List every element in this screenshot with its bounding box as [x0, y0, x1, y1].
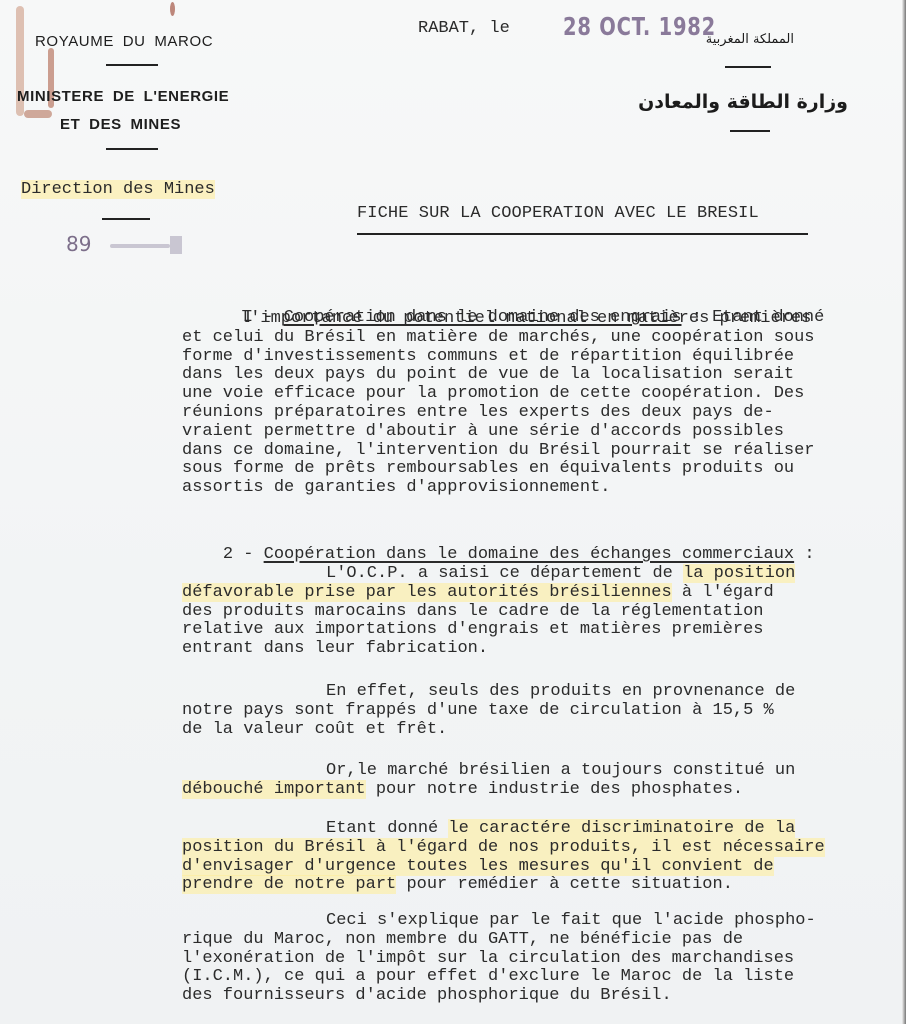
- ministry-label-line1: MINISTERE DE L'ENERGIE: [17, 88, 229, 105]
- kingdom-label-arabic: المملكة المغربية: [706, 32, 794, 47]
- body-line: dans les deux pays du point de vue de la…: [182, 366, 794, 384]
- body-line: une voie efficace pour la promotion de c…: [182, 385, 804, 403]
- body-line: et celui du Brésil en matière de marchés…: [182, 329, 815, 347]
- body-line: position du Brésil à l'égard de nos prod…: [182, 839, 825, 857]
- body-line: des fournisseurs d'acide phosphorique du…: [182, 987, 672, 1005]
- date-stamp: 28 OCT. 1982: [563, 12, 716, 41]
- body-line: sous forme de prêts remboursables en équ…: [182, 460, 794, 478]
- body-line: l'importance du potentiel national en ma…: [240, 310, 811, 328]
- highlighted-text: d'envisager d'urgence toutes les mesures…: [182, 857, 774, 876]
- body-line: En effet, seuls des produits en provnena…: [326, 683, 795, 701]
- body-line: Or,le marché brésilien a toujours consti…: [326, 762, 795, 780]
- body-line: rique du Maroc, non membre du GATT, ne b…: [182, 931, 743, 949]
- body-line: Etant donné le caractére discriminatoire…: [326, 820, 795, 838]
- body-line: Ceci s'explique par le fait que l'acide …: [326, 912, 816, 930]
- document-title: FICHE SUR LA COOPERATION AVEC LE BRESIL: [357, 205, 759, 223]
- reference-stamp-smudge: [170, 236, 182, 254]
- highlighted-text: débouché important: [182, 780, 366, 799]
- body-line: L'O.C.P. a saisi ce département de la po…: [326, 565, 795, 583]
- rust-stain: [170, 2, 175, 16]
- header-divider: [102, 218, 150, 220]
- body-line: entrant dans leur fabrication.: [182, 640, 488, 658]
- page-edge-shadow: [902, 0, 906, 1024]
- highlighted-text: défavorable prise par les autorités brés…: [182, 583, 672, 602]
- header-divider: [106, 64, 158, 66]
- body-line: forme d'investissements communs et de ré…: [182, 348, 794, 366]
- body-line: de la valeur coût et frêt.: [182, 721, 447, 739]
- body-line: réunions préparatoires entre les experts…: [182, 404, 774, 422]
- direction-label: Direction des Mines: [21, 181, 215, 199]
- body-line: des produits marocains dans le cadre de …: [182, 603, 764, 621]
- header-divider: [725, 66, 771, 68]
- kingdom-label: ROYAUME DU MAROC: [35, 33, 213, 50]
- reference-stamp: 89: [66, 232, 91, 256]
- ministry-label-arabic: وزارة الطاقة والمعادن: [638, 91, 848, 113]
- body-line: relative aux importations d'engrais et m…: [182, 621, 764, 639]
- body-line: défavorable prise par les autorités brés…: [182, 584, 774, 602]
- body-line: d'envisager d'urgence toutes les mesures…: [182, 858, 774, 876]
- body-line: vraient permettre d'aboutir à une série …: [182, 423, 784, 441]
- document-page: ROYAUME DU MAROC MINISTERE DE L'ENERGIE …: [0, 0, 906, 1024]
- body-line: assortis de garanties d'approvisionnemen…: [182, 479, 610, 497]
- body-line: dans ce domaine, l'intervention du Brési…: [182, 442, 815, 460]
- body-line: débouché important pour notre industrie …: [182, 781, 743, 799]
- body-line: prendre de notre part pour remédier à ce…: [182, 876, 733, 894]
- body-line: notre pays sont frappés d'une taxe de ci…: [182, 702, 774, 720]
- section2-title: Coopération dans le domaine des échanges…: [264, 545, 795, 564]
- header-divider: [106, 148, 158, 150]
- highlighted-text: le caractére discriminatoire de la: [448, 819, 795, 838]
- header-divider: [730, 130, 770, 132]
- body-line: l'exonération de l'impôt sur la circulat…: [182, 950, 794, 968]
- body-line: (I.C.M.), ce qui a pour effet d'exclure …: [182, 968, 794, 986]
- title-underline: [357, 233, 808, 235]
- highlighted-text: prendre de notre part: [182, 875, 396, 894]
- highlighted-text: la position: [683, 564, 795, 583]
- reference-stamp-smudge: [110, 244, 170, 248]
- ministry-label-line2: ET DES MINES: [60, 116, 181, 133]
- rust-stain: [24, 110, 52, 118]
- highlighted-text: position du Brésil à l'égard de nos prod…: [182, 838, 825, 857]
- place-date-prefix: RABAT, le: [418, 20, 510, 38]
